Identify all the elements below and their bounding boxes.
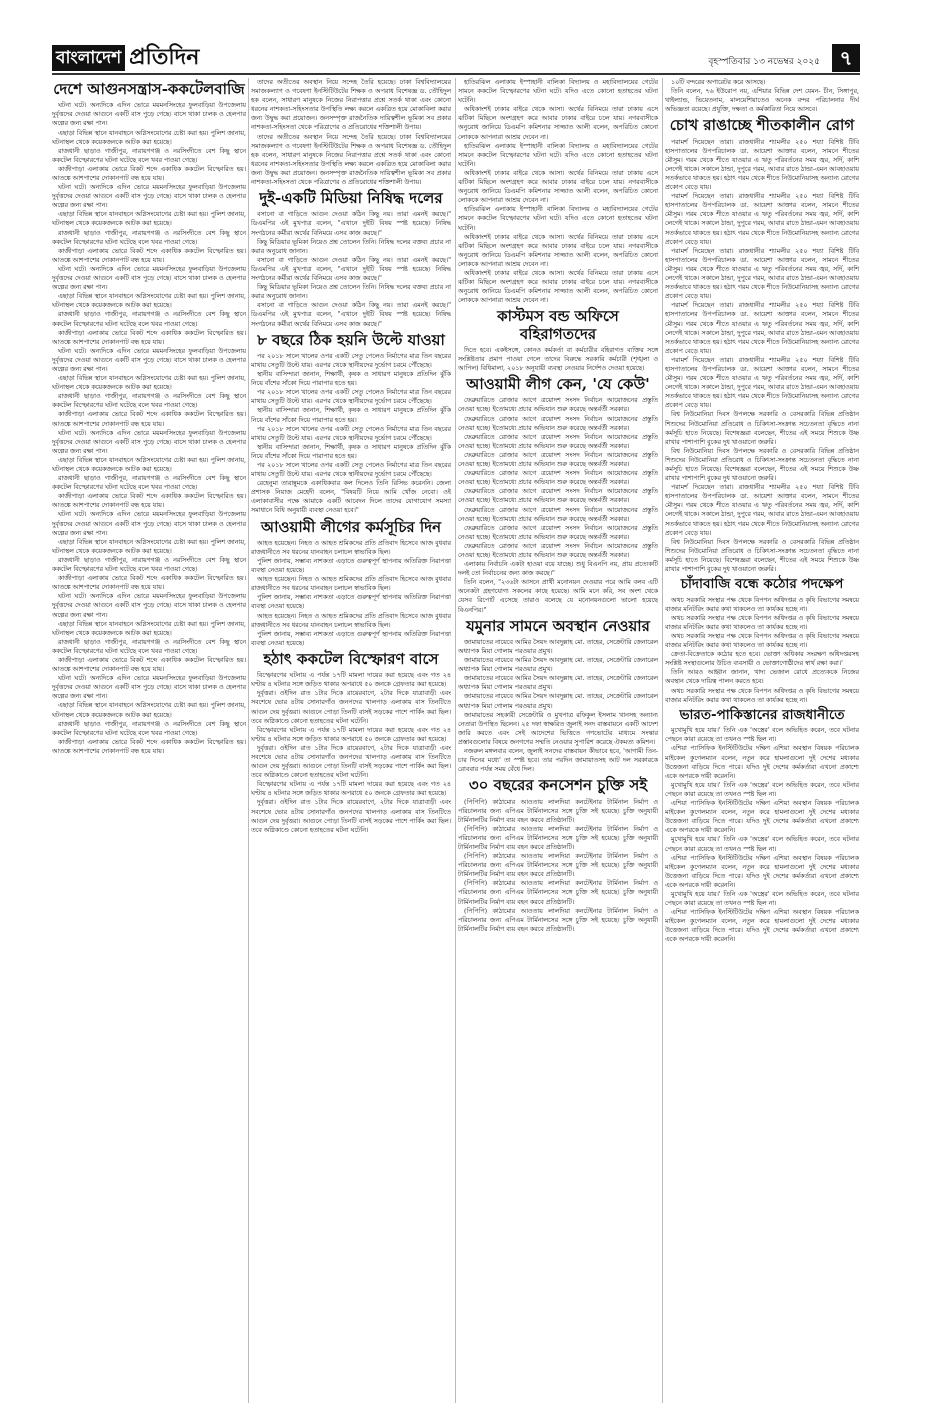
paragraph: রাজধানী ছাড়াও গাজীপুর, নারায়ণগঞ্জ ও নর… bbox=[52, 310, 246, 328]
paragraph: আহত হয়েছেন। নিহত ও আহত শ্রমিকদের প্রতি … bbox=[251, 612, 451, 630]
article-continuation: ১০টি বন্দরের অপারেটর করে আসছে। তিনি বলেন… bbox=[665, 78, 859, 114]
headline: ৩০ বছরের কনসেশন চুক্তি সই bbox=[458, 777, 658, 794]
article-continuation: তাদের অতীতের অবস্থান নিয়ে সন্দেহ তৈরি হ… bbox=[251, 78, 451, 187]
headline: দুই-একটি মিডিয়া নিষিদ্ধ দলের bbox=[251, 190, 451, 207]
paragraph: তিনি বলেন, ৭৬ ইউরোপ নয়, এশিয়ার বিভিন্ন… bbox=[665, 87, 859, 114]
paragraph: কিছু মিডিয়ার ভূমিকা নিয়েও প্রশ্ন তোলেন… bbox=[251, 238, 451, 256]
article-continuation: হাতিরঝিল এলাকায় ইস্পাহানী বালিকা বিদ্যা… bbox=[458, 78, 658, 305]
paragraph: দুর্বৃত্তরা। ওইদিন রাত ১টার দিকে রায়েরব… bbox=[251, 689, 451, 725]
headline: আওয়ামী লীগ কেন, 'যে কেউ' bbox=[458, 376, 658, 393]
article-body: বসানো বা গাড়িতে আগুন দেওয়া কঠিন কিছু ন… bbox=[251, 210, 451, 328]
paragraph: তাদের অতীতের অবস্থান নিয়ে সন্দেহ তৈরি হ… bbox=[251, 78, 451, 133]
paragraph: মুখোমুখি হয়ে যায়।' তিনি এক 'অস্ত্রের' … bbox=[665, 726, 859, 744]
paragraph: তাদের অতীতের অবস্থান নিয়ে সন্দেহ তৈরি হ… bbox=[251, 133, 451, 188]
paragraph: ফেব্রুয়ারিতে রোজার আগে ত্রয়োদশ সংসদ নি… bbox=[458, 396, 658, 414]
paragraph: বসানো বা গাড়িতে আগুন দেওয়া কঠিন কিছু ন… bbox=[251, 301, 451, 328]
article-concession-deal: ৩০ বছরের কনসেশন চুক্তি সই (পিপিপি) কাঠাম… bbox=[458, 777, 658, 934]
article-extortion-action: চাঁদাবাজি বন্ধে কঠোর পদক্ষেপ অথচ সরকারি … bbox=[665, 577, 859, 705]
paragraph: কাজীপাড়া এলাকায় ভোরে বিকট শব্দে একাধিক… bbox=[52, 738, 246, 756]
article-fire-terror: দেশে আগুনসন্ত্রাস-ককটেলবাজি ঘটনা ঘটে। অন… bbox=[52, 81, 246, 756]
column-4: ১০টি বন্দরের অপারেটর করে আসছে। তিনি বলেন… bbox=[665, 78, 859, 1403]
paragraph: ঘটনা ঘটে। অন্যদিকে এদিন ভোরে ময়মনসিংহের… bbox=[52, 183, 246, 210]
paragraph: পুলিশ জানায়, সম্ভাব্য নাশকতা এড়াতে গুর… bbox=[251, 630, 451, 648]
paragraph: নজরুল মঙ্গলবার বলেন, জুলাই সনদের বাস্তবা… bbox=[458, 747, 658, 774]
article-body: হাতিরঝিল এলাকায় ইস্পাহানী বালিকা বিদ্যা… bbox=[458, 78, 658, 305]
paragraph: বিস্ফোরণের ঘটনায় এ পর্যন্ত ১৭টি মামলা দ… bbox=[251, 671, 451, 689]
paragraph: রাজধানী ছাড়াও গাজীপুর, নারায়ণগঞ্জ ও নর… bbox=[52, 474, 246, 492]
paragraph: তিনি আরও আহ্বান জানান, খাদ্য ভেজাল রোধে … bbox=[665, 668, 859, 686]
paragraph: বিশ্ব নিউমোনিয়া দিবস উপলক্ষে সরকারি ও ব… bbox=[665, 538, 859, 574]
paragraph: ঘটনা ঘটে। অন্যদিকে এদিন ভোরে ময়মনসিংহের… bbox=[52, 510, 246, 537]
column-divider bbox=[248, 78, 249, 1403]
article-awami-league-program: আওয়ামী লীগের কর্মসূচির দিন আহত হয়েছেন।… bbox=[251, 519, 451, 648]
paragraph: পরামর্শ দিয়েছেন তারা। রাজধানীর শ্যামলীর… bbox=[665, 247, 859, 302]
paragraph: তিনি বলেন, "২৩৬টা আসনে প্রার্থী মনোনয়ন … bbox=[458, 578, 658, 614]
paragraph: কাজীপাড়া এলাকায় ভোরে বিকট শব্দে একাধিক… bbox=[52, 656, 246, 674]
paragraph: অথচ সরকারি সংস্থার পক্ষ থেকে বিপণন অধিদপ… bbox=[665, 632, 859, 650]
paragraph: ফেব্রুয়ারিতে রোজার আগে ত্রয়োদশ সংসদ নি… bbox=[458, 524, 658, 542]
paragraph: ঘটনা ঘটে। অন্যদিকে এদিন ভোরে ময়মনসিংহের… bbox=[52, 592, 246, 619]
paragraph: ঘটনা ঘটে। অন্যদিকে এদিন ভোরে ময়মনসিংহের… bbox=[52, 347, 246, 374]
paragraph: পরামর্শ দিয়েছেন তারা। রাজধানীর শ্যামলীর… bbox=[665, 483, 859, 538]
newspaper-logo: বাংলাদেশ প্রতিদিন bbox=[52, 44, 199, 72]
paragraph: ঘটনা ঘটে। অন্যদিকে এদিন ভোরে ময়মনসিংহের… bbox=[52, 265, 246, 292]
paragraph: জামায়াতের নায়েবে আমির সৈয়দ আবদুল্লাহ … bbox=[458, 638, 658, 656]
logo-box: বাংলাদেশ bbox=[52, 45, 125, 71]
article-india-pakistan: ভারত-পাকিস্তানের রাজধানীতে মুখোমুখি হয়ে… bbox=[665, 708, 859, 945]
article-body: পরামর্শ দিয়েছেন তারা। রাজধানীর শ্যামলীর… bbox=[665, 138, 859, 575]
paragraph: ফেব্রুয়ারিতে রোজার আগে ত্রয়োদশ সংসদ নি… bbox=[458, 487, 658, 505]
paragraph: রাজধানী ছাড়াও গাজীপুর, নারায়ণগঞ্জ ও নর… bbox=[52, 147, 246, 165]
paragraph: অথচ সরকারি সংস্থার পক্ষ থেকে বিপণন অধিদপ… bbox=[665, 614, 859, 632]
paragraph: এছাড়া বিভিন্ন স্থানে যানবাহনে অগ্নিসংযো… bbox=[52, 210, 246, 228]
paragraph: পর ২০১৮ সালে খালের ওপর একটি সেতু পেলেও ন… bbox=[251, 425, 451, 443]
article-bridge-overturned: ৮ বছরে ঠিক হয়নি উল্টে যাওয়া পর ২০১৮ সা… bbox=[251, 332, 451, 516]
paragraph: জামায়াতের নায়েবে আমির সৈয়দ আবদুল্লাহ … bbox=[458, 674, 658, 692]
article-body: (পিপিপি) কাঠামোর আওতায় লালদিয়া কনটেইনা… bbox=[458, 798, 658, 934]
headline: ৮ বছরে ঠিক হয়নি উল্টে যাওয়া bbox=[251, 332, 451, 349]
paragraph: আহত হয়েছেন। নিহত ও আহত শ্রমিকদের প্রতি … bbox=[251, 539, 451, 557]
article-jamuna-sit-in: যমুনার সামনে অবস্থান নেওয়ার জামায়াতের … bbox=[458, 618, 658, 775]
paragraph: রাজধানী ছাড়াও গাজীপুর, নারায়ণগঞ্জ ও নর… bbox=[52, 720, 246, 738]
paragraph: ফেব্রুয়ারিতে রোজার আগে ত্রয়োদশ সংসদ নি… bbox=[458, 542, 658, 560]
article-body: আহত হয়েছেন। নিহত ও আহত শ্রমিকদের প্রতি … bbox=[251, 539, 451, 648]
paragraph: স্থানীয় বাসিন্দারা জানান, শিক্ষার্থী, ক… bbox=[251, 406, 451, 424]
paragraph: এছাড়া বিভিন্ন স্থানে যানবাহনে অগ্নিসংযো… bbox=[52, 129, 246, 147]
column-3: হাতিরঝিল এলাকায় ইস্পাহানী বালিকা বিদ্যা… bbox=[458, 78, 658, 1403]
paragraph: জামায়াতের নায়েবে আমির সৈয়দ আবদুল্লাহ … bbox=[458, 656, 658, 674]
article-body: তাদের অতীতের অবস্থান নিয়ে সন্দেহ তৈরি হ… bbox=[251, 78, 451, 187]
paragraph: ১০টি বন্দরের অপারেটর করে আসছে। bbox=[665, 78, 859, 87]
article-customs-bond: কাস্টমস বন্ড অফিসে বহিরাগতদের দিতে হবে। … bbox=[458, 308, 658, 373]
paragraph: দুর্বৃত্তরা। ওইদিন রাত ১টার দিকে রায়েরব… bbox=[251, 798, 451, 834]
paragraph: কিছু মিডিয়ার ভূমিকা নিয়েও প্রশ্ন তোলেন… bbox=[251, 283, 451, 301]
paragraph: এছাড়া বিভিন্ন স্থানে যানবাহনে অগ্নিসংযো… bbox=[52, 701, 246, 719]
paragraph: মুখোমুখি হয়ে যায়।' তিনি এক 'অস্ত্রের' … bbox=[665, 890, 859, 908]
paragraph: অথচ সরকারি সংস্থার পক্ষ থেকে বিপণন অধিদপ… bbox=[665, 687, 859, 705]
paragraph: ফেব্রুয়ারিতে রোজার আগে ত্রয়োদশ সংসদ নি… bbox=[458, 451, 658, 469]
paragraph: এশিয়া প্যাসিফিক ইনস্টিটিউটের দক্ষিণ এশি… bbox=[665, 908, 859, 944]
paragraph: বিস্ফোরণের ঘটনায় এ পর্যন্ত ১৭টি মামলা দ… bbox=[251, 726, 451, 744]
paragraph: এছাড়া বিভিন্ন স্থানে যানবাহনে অগ্নিসংযো… bbox=[52, 456, 246, 474]
paragraph: অধিকাংশই ঢাকার বাইরে থেকে আসা। অর্থের বি… bbox=[458, 233, 658, 269]
paragraph: ফেব্রুয়ারিতে রোজার আগে ত্রয়োদশ সংসদ নি… bbox=[458, 506, 658, 524]
paragraph: স্থানীয় বাসিন্দারা জানান, শিক্ষার্থী, ক… bbox=[251, 370, 451, 388]
headline: কাস্টমস বন্ড অফিসে বহিরাগতদের bbox=[458, 308, 658, 343]
headline: যমুনার সামনে অবস্থান নেওয়ার bbox=[458, 618, 658, 635]
paragraph: রাজধানী ছাড়াও গাজীপুর, নারায়ণগঞ্জ ও নর… bbox=[52, 392, 246, 410]
paragraph: বিশ্ব নিউমোনিয়া দিবস উপলক্ষে সরকারি ও ব… bbox=[665, 447, 859, 483]
page-number: ৭ bbox=[832, 44, 860, 72]
paragraph: স্থানীয় বাসিন্দারা জানান, শিক্ষার্থী, ক… bbox=[251, 443, 451, 461]
paragraph: পরামর্শ দিয়েছেন তারা। রাজধানীর শ্যামলীর… bbox=[665, 192, 859, 247]
paragraph: পর ২০১৮ সালে খালের ওপর একটি সেতু পেলেও ন… bbox=[251, 461, 451, 479]
paragraph: ঘটনা ঘটে। অন্যদিকে এদিন ভোরে ময়মনসিংহের… bbox=[52, 429, 246, 456]
headline: ভারত-পাকিস্তানের রাজধানীতে bbox=[665, 708, 859, 724]
paragraph: ক্রেতা-বিক্রেতাকে কঠোর হতে হবে। ভোক্তা অ… bbox=[665, 650, 859, 668]
paragraph: এশিয়া প্যাসিফিক ইনস্টিটিউটের দক্ষিণ এশি… bbox=[665, 854, 859, 890]
paragraph: মুখোমুখি হয়ে যায়।' তিনি এক 'অস্ত্রের' … bbox=[665, 835, 859, 853]
article-body: জামায়াতের নায়েবে আমির সৈয়দ আবদুল্লাহ … bbox=[458, 638, 658, 774]
article-body: পর ২০১৮ সালে খালের ওপর একটি সেতু পেলেও ন… bbox=[251, 352, 451, 516]
paragraph: বসানো বা গাড়িতে আগুন দেওয়া কঠিন কিছু ন… bbox=[251, 256, 451, 283]
paragraph: অধিকাংশই ঢাকার বাইরে থেকে আসা। অর্থের বি… bbox=[458, 169, 658, 205]
article-media-banned-party: দুই-একটি মিডিয়া নিষিদ্ধ দলের বসানো বা গ… bbox=[251, 190, 451, 328]
article-awami-league-anyone: আওয়ামী লীগ কেন, 'যে কেউ' ফেব্রুয়ারিতে … bbox=[458, 376, 658, 615]
article-body: দিতে হবে। একইসঙ্গে, কোনও কর্মকর্তা বা কর… bbox=[458, 346, 658, 373]
paragraph: পুলিশ জানায়, সম্ভাব্য নাশকতা এড়াতে গুর… bbox=[251, 557, 451, 575]
paragraph: পর ২০১৮ সালে খালের ওপর একটি সেতু পেলেও ন… bbox=[251, 352, 451, 370]
headline: হঠাৎ ককটেল বিস্ফোরণ বাসে bbox=[251, 651, 451, 668]
paragraph: (পিপিপি) কাঠামোর আওতায় লালদিয়া কনটেইনা… bbox=[458, 907, 658, 934]
column-divider bbox=[455, 78, 456, 1403]
paragraph: অথচ সরকারি সংস্থার পক্ষ থেকে বিপণন অধিদপ… bbox=[665, 596, 859, 614]
article-body: ঘটনা ঘটে। অন্যদিকে এদিন ভোরে ময়মনসিংহের… bbox=[52, 101, 246, 756]
article-body: অথচ সরকারি সংস্থার পক্ষ থেকে বিপণন অধিদপ… bbox=[665, 596, 859, 705]
paragraph: হাতিরঝিল এলাকায় ইস্পাহানী বালিকা বিদ্যা… bbox=[458, 142, 658, 169]
column-divider bbox=[662, 78, 663, 1403]
masthead: বাংলাদেশ প্রতিদিন বৃহস্পতিবার ১৩ নভেম্বর… bbox=[52, 44, 860, 74]
paragraph: পরামর্শ দিয়েছেন তারা। রাজধানীর শ্যামলীর… bbox=[665, 301, 859, 356]
article-cocktail-bus: হঠাৎ ককটেল বিস্ফোরণ বাসে বিস্ফোরণের ঘটনা… bbox=[251, 651, 451, 835]
paragraph: এলাকায় নির্বাচনি একটা হাওয়া বয়ে যাচ্ছ… bbox=[458, 560, 658, 578]
paragraph: (পিপিপি) কাঠামোর আওতায় লালদিয়া কনটেইনা… bbox=[458, 798, 658, 825]
issue-date: বৃহস্পতিবার ১৩ নভেম্বর ২০২৫ bbox=[708, 54, 820, 69]
paragraph: এশিয়া প্যাসিফিক ইনস্টিটিউটের দক্ষিণ এশি… bbox=[665, 744, 859, 780]
paragraph: পুলিশ জানায়, সম্ভাব্য নাশকতা এড়াতে গুর… bbox=[251, 593, 451, 611]
paragraph: রাজধানী ছাড়াও গাজীপুর, নারায়ণগঞ্জ ও নর… bbox=[52, 556, 246, 574]
article-body: মুখোমুখি হয়ে যায়।' তিনি এক 'অস্ত্রের' … bbox=[665, 726, 859, 944]
paragraph: কাজীপাড়া এলাকায় ভোরে বিকট শব্দে একাধিক… bbox=[52, 492, 246, 510]
paragraph: রাজধানী ছাড়াও গাজীপুর, নারায়ণগঞ্জ ও নর… bbox=[52, 229, 246, 247]
paragraph: দুর্বৃত্তরা। ওইদিন রাত ১টার দিকে রায়েরব… bbox=[251, 744, 451, 780]
paragraph: এছাড়া বিভিন্ন স্থানে যানবাহনে অগ্নিসংযো… bbox=[52, 538, 246, 556]
paragraph: (পিপিপি) কাঠামোর আওতায় লালদিয়া কনটেইনা… bbox=[458, 852, 658, 879]
paragraph: দিতে হবে। একইসঙ্গে, কোনও কর্মকর্তা বা কর… bbox=[458, 346, 658, 373]
paragraph: ফেব্রুয়ারিতে রোজার আগে ত্রয়োদশ সংসদ নি… bbox=[458, 415, 658, 433]
paragraph: বসানো বা গাড়িতে আগুন দেওয়া কঠিন কিছু ন… bbox=[251, 210, 451, 237]
paragraph: আহত হয়েছেন। নিহত ও আহত শ্রমিকদের প্রতি … bbox=[251, 575, 451, 593]
logo-text: প্রতিদিন bbox=[129, 45, 199, 71]
paragraph: কাজীপাড়া এলাকায় ভোরে বিকট শব্দে একাধিক… bbox=[52, 247, 246, 265]
column-2: তাদের অতীতের অবস্থান নিয়ে সন্দেহ তৈরি হ… bbox=[251, 78, 451, 1403]
paragraph: জামায়াতের নায়েবে আমির সৈয়দ আবদুল্লাহ … bbox=[458, 692, 658, 710]
article-winter-disease: চোখ রাঙাচ্ছে শীতকালীন রোগ পরামর্শ দিয়েছ… bbox=[665, 117, 859, 574]
column-1: দেশে আগুনসন্ত্রাস-ককটেলবাজি ঘটনা ঘটে। অন… bbox=[52, 78, 246, 1403]
paragraph: অধিকাংশই ঢাকার বাইরে থেকে আসা। অর্থের বি… bbox=[458, 269, 658, 305]
paragraph: এছাড়া বিভিন্ন স্থানে যানবাহনে অগ্নিসংযো… bbox=[52, 374, 246, 392]
paragraph: পরামর্শ দিয়েছেন তারা। রাজধানীর শ্যামলীর… bbox=[665, 356, 859, 411]
paragraph: পরামর্শ দিয়েছেন তারা। রাজধানীর শ্যামলীর… bbox=[665, 138, 859, 193]
paragraph: কাজীপাড়া এলাকায় ভোরে বিকট শব্দে একাধিক… bbox=[52, 329, 246, 347]
article-body: বিস্ফোরণের ঘটনায় এ পর্যন্ত ১৭টি মামলা দ… bbox=[251, 671, 451, 835]
paragraph: এছাড়া বিভিন্ন স্থানে যানবাহনে অগ্নিসংযো… bbox=[52, 620, 246, 638]
paragraph: ফেব্রুয়ারিতে রোজার আগে ত্রয়োদশ সংসদ নি… bbox=[458, 469, 658, 487]
paragraph: কাজীপাড়া এলাকায় ভোরে বিকট শব্দে একাধিক… bbox=[52, 165, 246, 183]
paragraph: কাজীপাড়া এলাকায় ভোরে বিকট শব্দে একাধিক… bbox=[52, 574, 246, 592]
paragraph: হাতিরঝিল এলাকায় ইস্পাহানী বালিকা বিদ্যা… bbox=[458, 205, 658, 232]
headline: আওয়ামী লীগের কর্মসূচির দিন bbox=[251, 519, 451, 536]
headline: দেশে আগুনসন্ত্রাস-ককটেলবাজি bbox=[52, 81, 246, 98]
headline: চাঁদাবাজি বন্ধে কঠোর পদক্ষেপ bbox=[665, 577, 859, 593]
article-body: ফেব্রুয়ারিতে রোজার আগে ত্রয়োদশ সংসদ নি… bbox=[458, 396, 658, 614]
paragraph: জামায়াতের সহকারী সেক্রেটারি ও মুখপাত্র … bbox=[458, 711, 658, 747]
paragraph: এছাড়া বিভিন্ন স্থানে যানবাহনে অগ্নিসংযো… bbox=[52, 292, 246, 310]
paragraph: মুখোমুখি হয়ে যায়।' তিনি এক 'অস্ত্রের' … bbox=[665, 781, 859, 799]
paragraph: কাজীপাড়া এলাকায় ভোরে বিকট শব্দে একাধিক… bbox=[52, 410, 246, 428]
paragraph: রেহেনুমা তারান্নুমকে একাধিকবার কল দিলেও … bbox=[251, 479, 451, 515]
paragraph: ঘটনা ঘটে। অন্যদিকে এদিন ভোরে ময়মনসিংহের… bbox=[52, 674, 246, 701]
paragraph: (পিপিপি) কাঠামোর আওতায় লালদিয়া কনটেইনা… bbox=[458, 825, 658, 852]
paragraph: পর ২০১৮ সালে খালের ওপর একটি সেতু পেলেও ন… bbox=[251, 388, 451, 406]
paragraph: অধিকাংশই ঢাকার বাইরে থেকে আসা। অর্থের বি… bbox=[458, 105, 658, 141]
paragraph: ফেব্রুয়ারিতে রোজার আগে ত্রয়োদশ সংসদ নি… bbox=[458, 433, 658, 451]
paragraph: বিশ্ব নিউমোনিয়া দিবস উপলক্ষে সরকারি ও ব… bbox=[665, 410, 859, 446]
paragraph: রাজধানী ছাড়াও গাজীপুর, নারায়ণগঞ্জ ও নর… bbox=[52, 638, 246, 656]
headline: চোখ রাঙাচ্ছে শীতকালীন রোগ bbox=[665, 117, 859, 134]
paragraph: (পিপিপি) কাঠামোর আওতায় লালদিয়া কনটেইনা… bbox=[458, 879, 658, 906]
paragraph: হাতিরঝিল এলাকায় ইস্পাহানী বালিকা বিদ্যা… bbox=[458, 78, 658, 105]
paragraph: বিস্ফোরণের ঘটনায় এ পর্যন্ত ১৭টি মামলা দ… bbox=[251, 780, 451, 798]
paragraph: এশিয়া প্যাসিফিক ইনস্টিটিউটের দক্ষিণ এশি… bbox=[665, 799, 859, 835]
article-body: ১০টি বন্দরের অপারেটর করে আসছে। তিনি বলেন… bbox=[665, 78, 859, 114]
paragraph: ঘটনা ঘটে। অন্যদিকে এদিন ভোরে ময়মনসিংহের… bbox=[52, 101, 246, 128]
masthead-rule bbox=[52, 73, 860, 75]
